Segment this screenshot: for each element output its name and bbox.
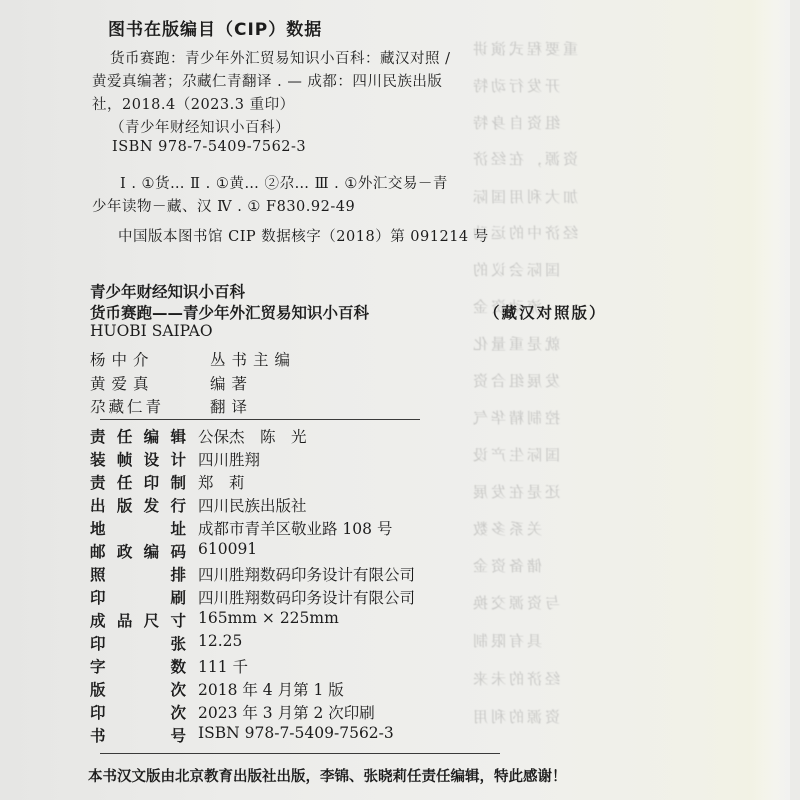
cip-classification-2: 少年读物－藏、汉 Ⅳ . ① F830.92-49 bbox=[92, 195, 355, 216]
info-value: 12.25 bbox=[198, 632, 242, 650]
info-value: 111 千 bbox=[198, 655, 248, 677]
info-label: 印刷 bbox=[90, 586, 186, 608]
cip-line-3: 社，2018.4（2023.3 重印） bbox=[92, 93, 295, 114]
info-label: 成品尺寸 bbox=[90, 609, 186, 631]
credit-role-1: 丛书主编 bbox=[210, 348, 296, 370]
info-value: ISBN 978-7-5409-7562-3 bbox=[198, 724, 394, 742]
edition-note: （藏汉对照版） bbox=[484, 301, 607, 323]
cip-isbn: ISBN 978-7-5409-7562-3 bbox=[112, 139, 306, 155]
cip-series-line: （青少年财经知识小百科） bbox=[110, 116, 290, 137]
info-label: 责任印制 bbox=[90, 471, 186, 493]
info-label: 版次 bbox=[90, 678, 186, 700]
cip-verification: 中国版本图书馆 CIP 数据核字（2018）第 091214 号 bbox=[118, 225, 489, 246]
info-value: 成都市青羊区敬业路 108 号 bbox=[198, 517, 392, 539]
info-label: 地址 bbox=[90, 517, 186, 539]
info-value: 610091 bbox=[198, 540, 257, 558]
copyright-page: 重要程式演讲 开发行动特 组资自身特 资源，在经济 加大利用国际 经济中的运动 … bbox=[0, 0, 790, 800]
cip-heading: 图书在版编目（CIP）数据 bbox=[108, 15, 322, 40]
info-value: 四川民族出版社 bbox=[198, 494, 307, 516]
info-value: 郑 莉 bbox=[198, 471, 245, 493]
info-value: 四川胜翔 bbox=[198, 448, 260, 470]
info-label: 出版发行 bbox=[90, 494, 186, 516]
info-label: 装帧设计 bbox=[90, 448, 186, 470]
info-label: 印张 bbox=[90, 632, 186, 654]
info-label: 印次 bbox=[90, 701, 186, 723]
credit-role-2: 编著 bbox=[210, 372, 253, 394]
credit-name-1: 杨中介 bbox=[90, 348, 155, 370]
series-name: 青少年财经知识小百科 bbox=[90, 280, 245, 302]
info-label: 邮政编码 bbox=[90, 540, 186, 562]
info-label: 书号 bbox=[90, 724, 186, 746]
info-value: 四川胜翔数码印务设计有限公司 bbox=[198, 586, 415, 608]
cip-line-1: 货币赛跑：青少年外汇贸易知识小百科：藏汉对照 / bbox=[110, 47, 451, 68]
pinyin-title: HUOBI SAIPAO bbox=[90, 322, 213, 340]
book-title: 货币赛跑——青少年外汇贸易知识小百科 bbox=[90, 301, 369, 323]
info-value: 2018 年 4 月第 1 版 bbox=[198, 678, 344, 700]
info-value: 2023 年 3 月第 2 次印刷 bbox=[198, 701, 375, 723]
page-edge bbox=[750, 0, 790, 800]
acknowledgement-note: 本书汉文版由北京教育出版社出版，李锦、张晓莉任责任编辑，特此感谢！ bbox=[88, 765, 567, 786]
info-label: 字数 bbox=[90, 655, 186, 677]
info-label: 照排 bbox=[90, 563, 186, 585]
cip-classification-1: Ⅰ . ①货… Ⅱ . ①黄… ②尕… Ⅲ . ①外汇交易－青 bbox=[120, 172, 448, 193]
credit-name-3: 尕藏仁青 bbox=[90, 395, 164, 417]
credit-name-2: 黄爱真 bbox=[90, 372, 155, 394]
divider-bottom bbox=[100, 753, 500, 754]
info-label: 责任编辑 bbox=[90, 425, 186, 447]
info-value: 四川胜翔数码印务设计有限公司 bbox=[198, 563, 415, 585]
info-value: 165mm × 225mm bbox=[198, 609, 339, 627]
credit-role-3: 翻译 bbox=[210, 395, 253, 417]
cip-line-2: 黄爱真编著；尕藏仁青翻译 . — 成都：四川民族出版 bbox=[92, 70, 442, 91]
divider-top bbox=[100, 419, 420, 420]
info-value: 公保杰 陈 光 bbox=[198, 425, 307, 447]
